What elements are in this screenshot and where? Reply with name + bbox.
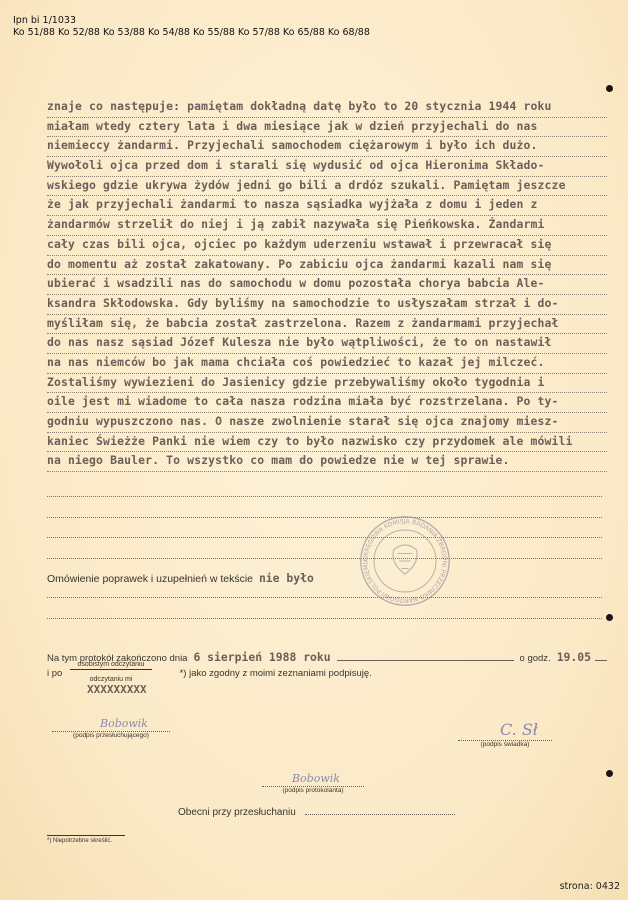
testimony-line: znaje co następuje: pamiętam dokładną da…	[47, 98, 607, 118]
scan-edge	[628, 0, 632, 900]
testimony-line: na niego Bauler. To wszystko co mam do p…	[47, 452, 607, 472]
punch-hole-bottom	[606, 770, 613, 777]
testimony-line: godniu wypuszczono nas. O nasze zwolnien…	[47, 413, 607, 433]
blank-lines-lower	[47, 597, 602, 638]
recorder-signature: Bobowik	[292, 772, 340, 785]
page-number: strona: 0432	[560, 881, 620, 892]
testimony-line: żandarmów strzelił do niej i ją zabił na…	[47, 216, 607, 236]
archive-reference: Ipn bi 1/1033	[13, 15, 370, 27]
archive-header: Ipn bi 1/1033 Ko 51/88 Ko 52/88 Ko 53/88…	[13, 15, 370, 39]
interrogator-signature-block: (podpis przesłuchującego)	[52, 731, 170, 739]
testimony-line: kaniec Świeżże Panki nie wiem czy to był…	[47, 433, 607, 453]
interrogator-caption: (podpis przesłuchującego)	[52, 732, 170, 739]
present-row: Obecni przy przesłuchaniu	[178, 807, 455, 818]
punch-hole-middle	[606, 614, 613, 621]
present-label: Obecni przy przesłuchaniu	[178, 807, 296, 818]
testimony-line: niemieccy żandarmi. Przyjechali samochod…	[47, 137, 607, 157]
recorder-caption: (podpis protokolanta)	[262, 787, 364, 794]
testimony-line: ubierać i wsadzili nas do samochodu w do…	[47, 275, 607, 295]
corrections-label: Omówienie poprawek i uzupełnień w tekści…	[47, 573, 253, 585]
testimony-line: myśliłam się, że babcia został zastrzelo…	[47, 315, 607, 335]
testimony-line: do momentu aż został zakatowany. Po zabi…	[47, 256, 607, 276]
testimony-line: Wywołoli ojca przed dom i starali się wy…	[47, 157, 607, 177]
testimony-line: miałam wtedy cztery lata i dwa miesiące …	[47, 118, 607, 138]
footnote-text: *) Niepotrzebne skreślić.	[47, 838, 112, 844]
option-personal-reading: osobistym odczytaniu	[70, 661, 152, 670]
reading-options: osobistym odczytaniu odczytaniu mi	[70, 661, 152, 683]
witness-caption: (podpis świadka)	[458, 741, 552, 748]
testimony-line: ksandra Skłodowska. Gdy byliśmy na samoc…	[47, 295, 607, 315]
punch-hole-top	[606, 85, 613, 92]
testimony-line: Zostaliśmy wywiezieni do Jasienicy gdzie…	[47, 374, 607, 394]
witness-signature-block: (podpis świadka)	[458, 740, 552, 748]
blank-lines-upper	[47, 496, 602, 578]
footnote: *) Niepotrzebne skreślić.	[47, 835, 125, 844]
recorder-signature-block: (podpis protokolanta)	[262, 786, 364, 794]
interrogator-signature: Bobowik	[100, 717, 148, 730]
corrections-row: Omówienie poprawek i uzupełnień w tekści…	[47, 571, 314, 585]
confirmation-suffix: *) jako zgodny z moimi zeznaniami podpis…	[180, 668, 372, 679]
case-references: Ko 51/88 Ko 52/88 Ko 53/88 Ko 54/88 Ko 5…	[13, 27, 370, 39]
official-stamp: OKRĘGOWA KOMISJA BADANIA ZBRODNI PRZECIW…	[358, 514, 452, 608]
testimony-line: oile jest mi wiadome to cała nasza rodzi…	[47, 393, 607, 413]
witness-signature: C. Sł	[500, 720, 538, 739]
document-page: Ipn bi 1/1033 Ko 51/88 Ko 52/88 Ko 53/88…	[0, 0, 632, 900]
testimony-line: do nas nasz sąsiad Józef Kulesza nie był…	[47, 334, 607, 354]
closing-time: 19.05	[557, 650, 591, 664]
testimony-text: znaje co następuje: pamiętam dokładną da…	[47, 98, 607, 472]
testimony-line: na nas niemców bo jak mama chciała coś p…	[47, 354, 607, 374]
confirmation-prefix: i po	[47, 668, 62, 679]
corrections-value: nie było	[259, 571, 314, 585]
testimony-line: cały czas bili ojca, ojciec po każdym ud…	[47, 236, 607, 256]
strikeout-mark: XXXXXXXXX	[87, 683, 147, 696]
time-label: o godz.	[520, 653, 551, 664]
testimony-line: że jak przyjechali żandarmi to nasza sąs…	[47, 196, 607, 216]
closing-date: 6 sierpień 1988 roku	[193, 650, 330, 664]
testimony-line: wskiego gdzie ukrywa żydów jedni go bili…	[47, 177, 607, 197]
option-read-to-me: odczytaniu mi	[70, 676, 152, 683]
